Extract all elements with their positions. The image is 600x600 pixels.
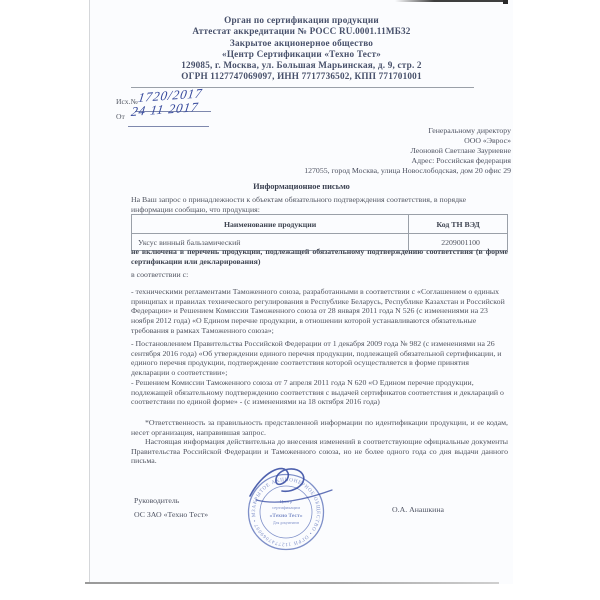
regulation-paragraph: - техническими регламентами Таможенного … [131, 287, 508, 336]
product-table: Наименование продукции Код ТН ВЭД Уксус … [131, 214, 508, 251]
seal-center-line: Для документов [273, 521, 299, 525]
signer-org: ОС ЗАО «Техно Тест» [134, 508, 208, 522]
addressee-line: Адрес: Российская федерация [191, 156, 511, 166]
date-handwritten: 24 11 2017 [130, 99, 200, 120]
signer-block: Руководитель ОС ЗАО «Техно Тест» [134, 494, 208, 522]
column-header-product: Наименование продукции [132, 215, 409, 234]
regulation-paragraph: - Решением Комиссии Таможенного союза от… [131, 378, 508, 407]
scan-top-edge [395, 0, 507, 2]
letterhead-line: Аттестат аккредитации № РОСС RU.0001.11М… [90, 26, 513, 37]
according-label: в соответствии с: [131, 270, 508, 280]
seal-center-line: «Техно Тест» [270, 513, 303, 519]
scan-bottom-edge [85, 582, 499, 584]
addressee-line: ООО «Эврос» [191, 136, 511, 146]
letterhead-line: ОГРН 1127747069097, ИНН 7717736502, КПП … [90, 71, 513, 82]
letterhead: Орган по сертификации продукции Аттестат… [90, 15, 513, 83]
handwritten-signature [240, 460, 340, 512]
scan-artifact-mark [503, 0, 508, 4]
regulation-paragraph: - Постановлением Правительства Российско… [131, 339, 508, 378]
intro-paragraph: На Ваш запрос о принадлежности к объекта… [131, 195, 508, 214]
document-title: Информационное письмо [90, 182, 513, 191]
conclusion-statement: не включена в перечень продукции, подлеж… [131, 247, 508, 266]
addressee-line: Генеральному директору [191, 126, 511, 136]
addressee-block: Генеральному директору ООО «Эврос» Леоно… [191, 126, 511, 176]
letterhead-line: Закрытое акционерное общество [90, 38, 513, 49]
letterhead-line: 129085, г. Москва, ул. Большая Марьинска… [90, 60, 513, 71]
letter-page: Орган по сертификации продукции Аттестат… [89, 0, 513, 584]
date-label: От [116, 112, 125, 121]
letterhead-line: Орган по сертификации продукции [90, 15, 513, 26]
column-header-code: Код ТН ВЭД [409, 215, 508, 234]
scanned-letter: Орган по сертификации продукции Аттестат… [0, 0, 600, 600]
disclaimer-paragraph: *Ответственность за правильность предста… [131, 418, 508, 437]
letterhead-line: «Центр Сертификации «Техно Тест» [90, 49, 513, 60]
table-header-row: Наименование продукции Код ТН ВЭД [132, 215, 508, 234]
signer-role: Руководитель [134, 494, 208, 508]
addressee-line: 127055, город Москва, улица Новослободск… [191, 166, 511, 176]
signer-name: О.А. Анашкина [392, 505, 444, 514]
addressee-line: Леоновой Светлане Зауриевне [191, 146, 511, 156]
